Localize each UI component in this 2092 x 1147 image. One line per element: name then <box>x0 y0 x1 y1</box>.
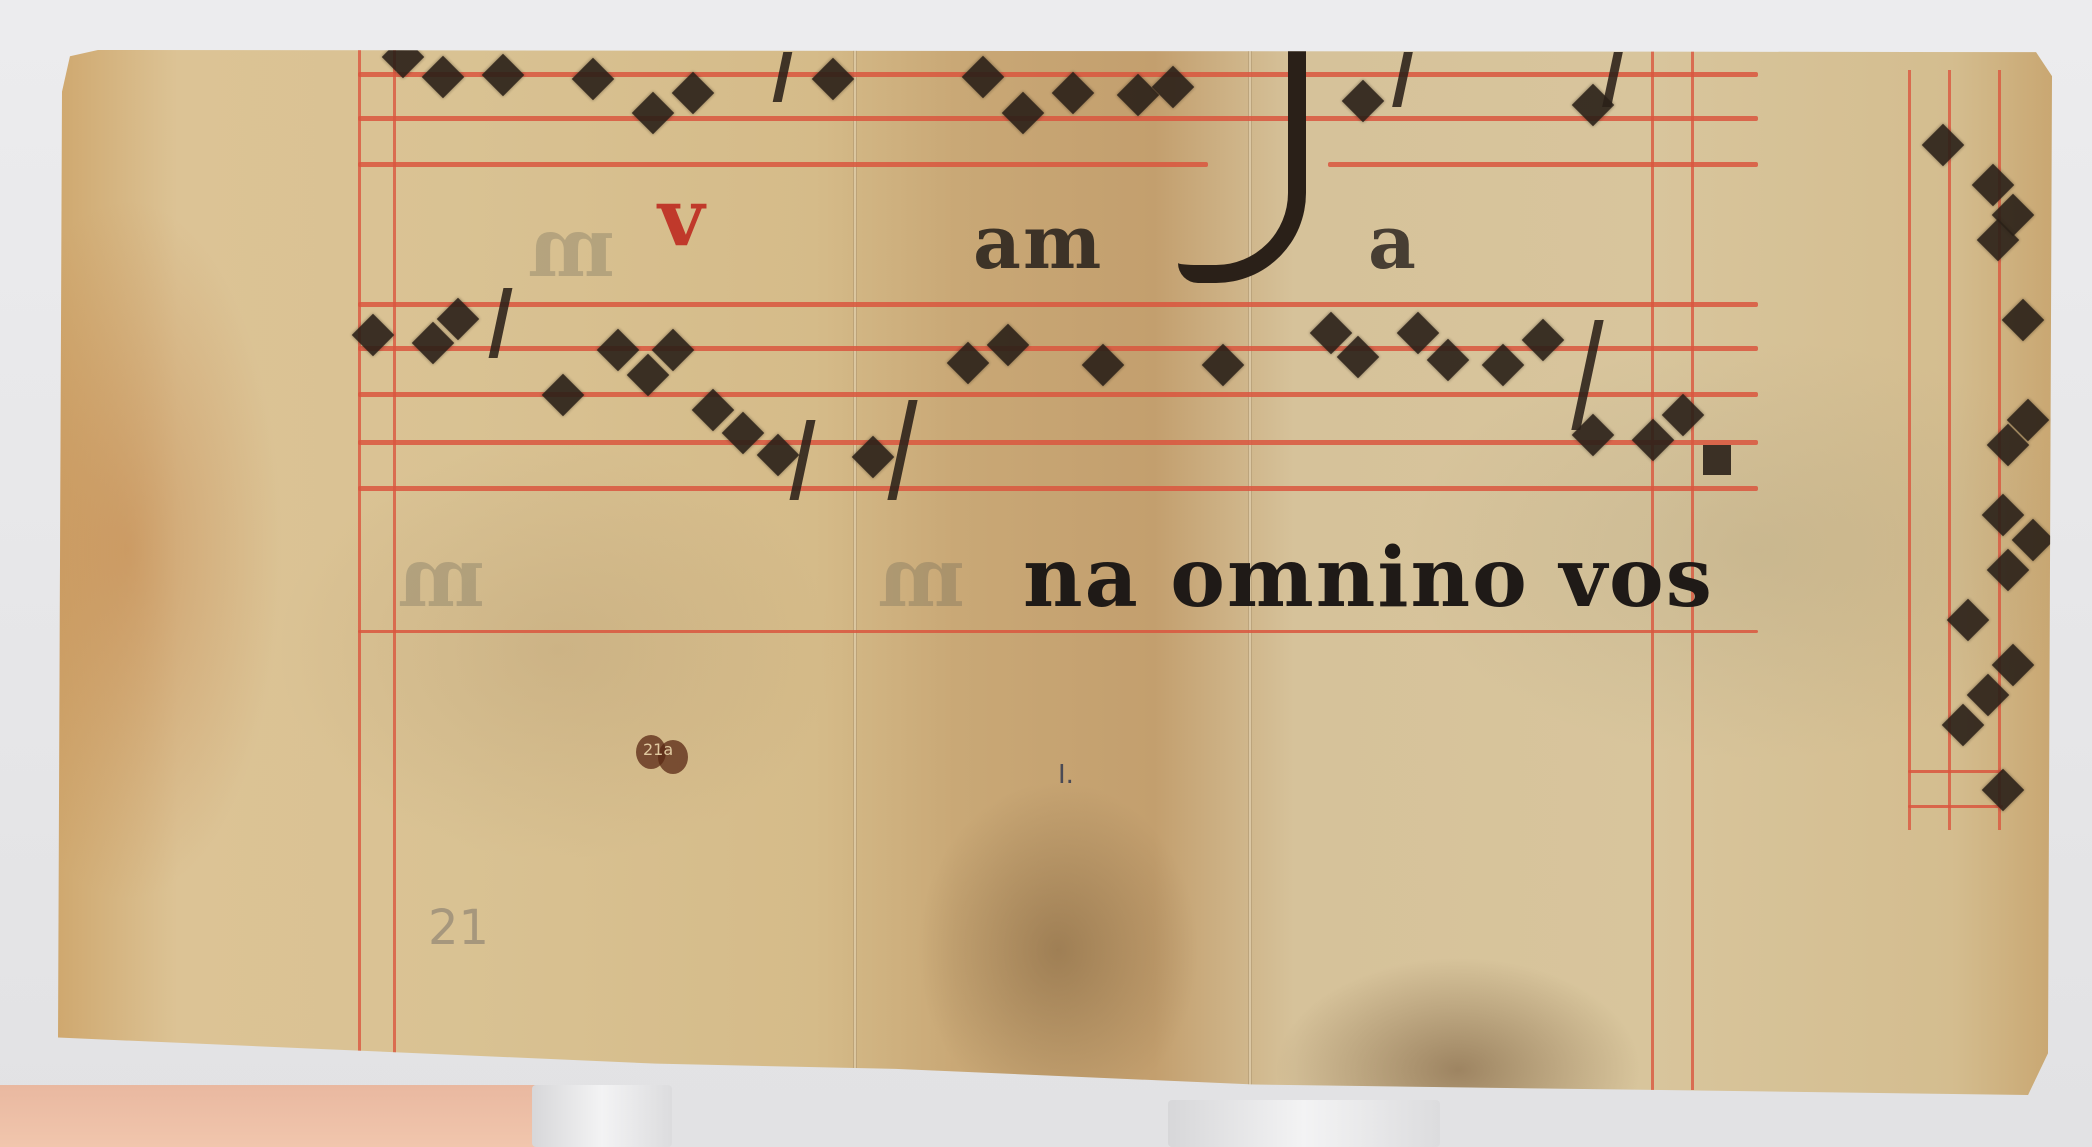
offset-text: m <box>398 530 485 626</box>
gloved-hand-left <box>532 1085 672 1147</box>
neume-note <box>1947 599 1989 641</box>
note-stem <box>773 52 793 102</box>
spine-fold-left <box>853 50 857 1095</box>
staff-line <box>1908 805 2003 808</box>
neume-note <box>1922 124 1964 166</box>
margin-ruling <box>358 50 361 1060</box>
red-initial: v <box>658 170 704 264</box>
neume-note <box>1982 494 2024 536</box>
margin-ruling <box>1908 70 1911 830</box>
upper-text-a: a <box>1368 200 1418 286</box>
neume-note <box>542 374 584 416</box>
note-stem <box>1602 52 1623 107</box>
neume-note <box>812 58 854 100</box>
neume-note <box>1662 394 1704 436</box>
staff-line <box>358 116 1758 121</box>
custos-mark <box>1703 445 1731 475</box>
neume-note <box>597 329 639 371</box>
neume-note <box>482 54 524 96</box>
stain-label: 21a <box>643 740 673 759</box>
neume-note <box>1632 419 1674 461</box>
neume-note <box>572 58 614 100</box>
neume-note <box>1117 74 1159 116</box>
neume-note <box>632 92 674 134</box>
lower-text-line: na omnino vos <box>1023 530 1714 626</box>
neume-note <box>1002 92 1044 134</box>
staff-line <box>358 302 1758 307</box>
note-stem <box>1392 52 1413 107</box>
margin-ruling <box>393 50 396 1060</box>
text-baseline-ruling <box>358 630 1758 633</box>
offset-text: m <box>528 200 615 296</box>
neume-note <box>962 56 1004 98</box>
staff-line <box>358 162 1208 167</box>
note-stem <box>887 400 917 500</box>
pencil-mark: I. <box>1058 760 1074 790</box>
neume-note <box>1337 336 1379 378</box>
pencil-mark: 21 <box>428 900 489 956</box>
staff-line <box>1908 770 2003 773</box>
staff-line <box>358 72 1758 77</box>
neume-note <box>1052 72 1094 114</box>
table-surface <box>0 1085 560 1147</box>
neume-note <box>722 412 764 454</box>
vellum-binding: v am a na omnino vos m m m 21a I. 21 <box>58 50 2052 1095</box>
neume-note <box>1522 319 1564 361</box>
neume-note <box>987 324 1029 366</box>
offset-text: m <box>878 530 965 626</box>
neume-note <box>2012 519 2054 561</box>
neume-note <box>1987 549 2029 591</box>
staff-line <box>1328 162 1758 167</box>
neume-note <box>672 72 714 114</box>
gloved-hand-right <box>1168 1100 1440 1147</box>
neume-note <box>2002 299 2044 341</box>
neume-note <box>1967 674 2009 716</box>
staff-line <box>358 440 1758 445</box>
staff-line <box>358 486 1758 491</box>
note-stem <box>1571 320 1603 430</box>
upper-text-am: am <box>973 200 1103 286</box>
decorated-initial <box>1178 40 1306 283</box>
neume-note <box>422 56 464 98</box>
